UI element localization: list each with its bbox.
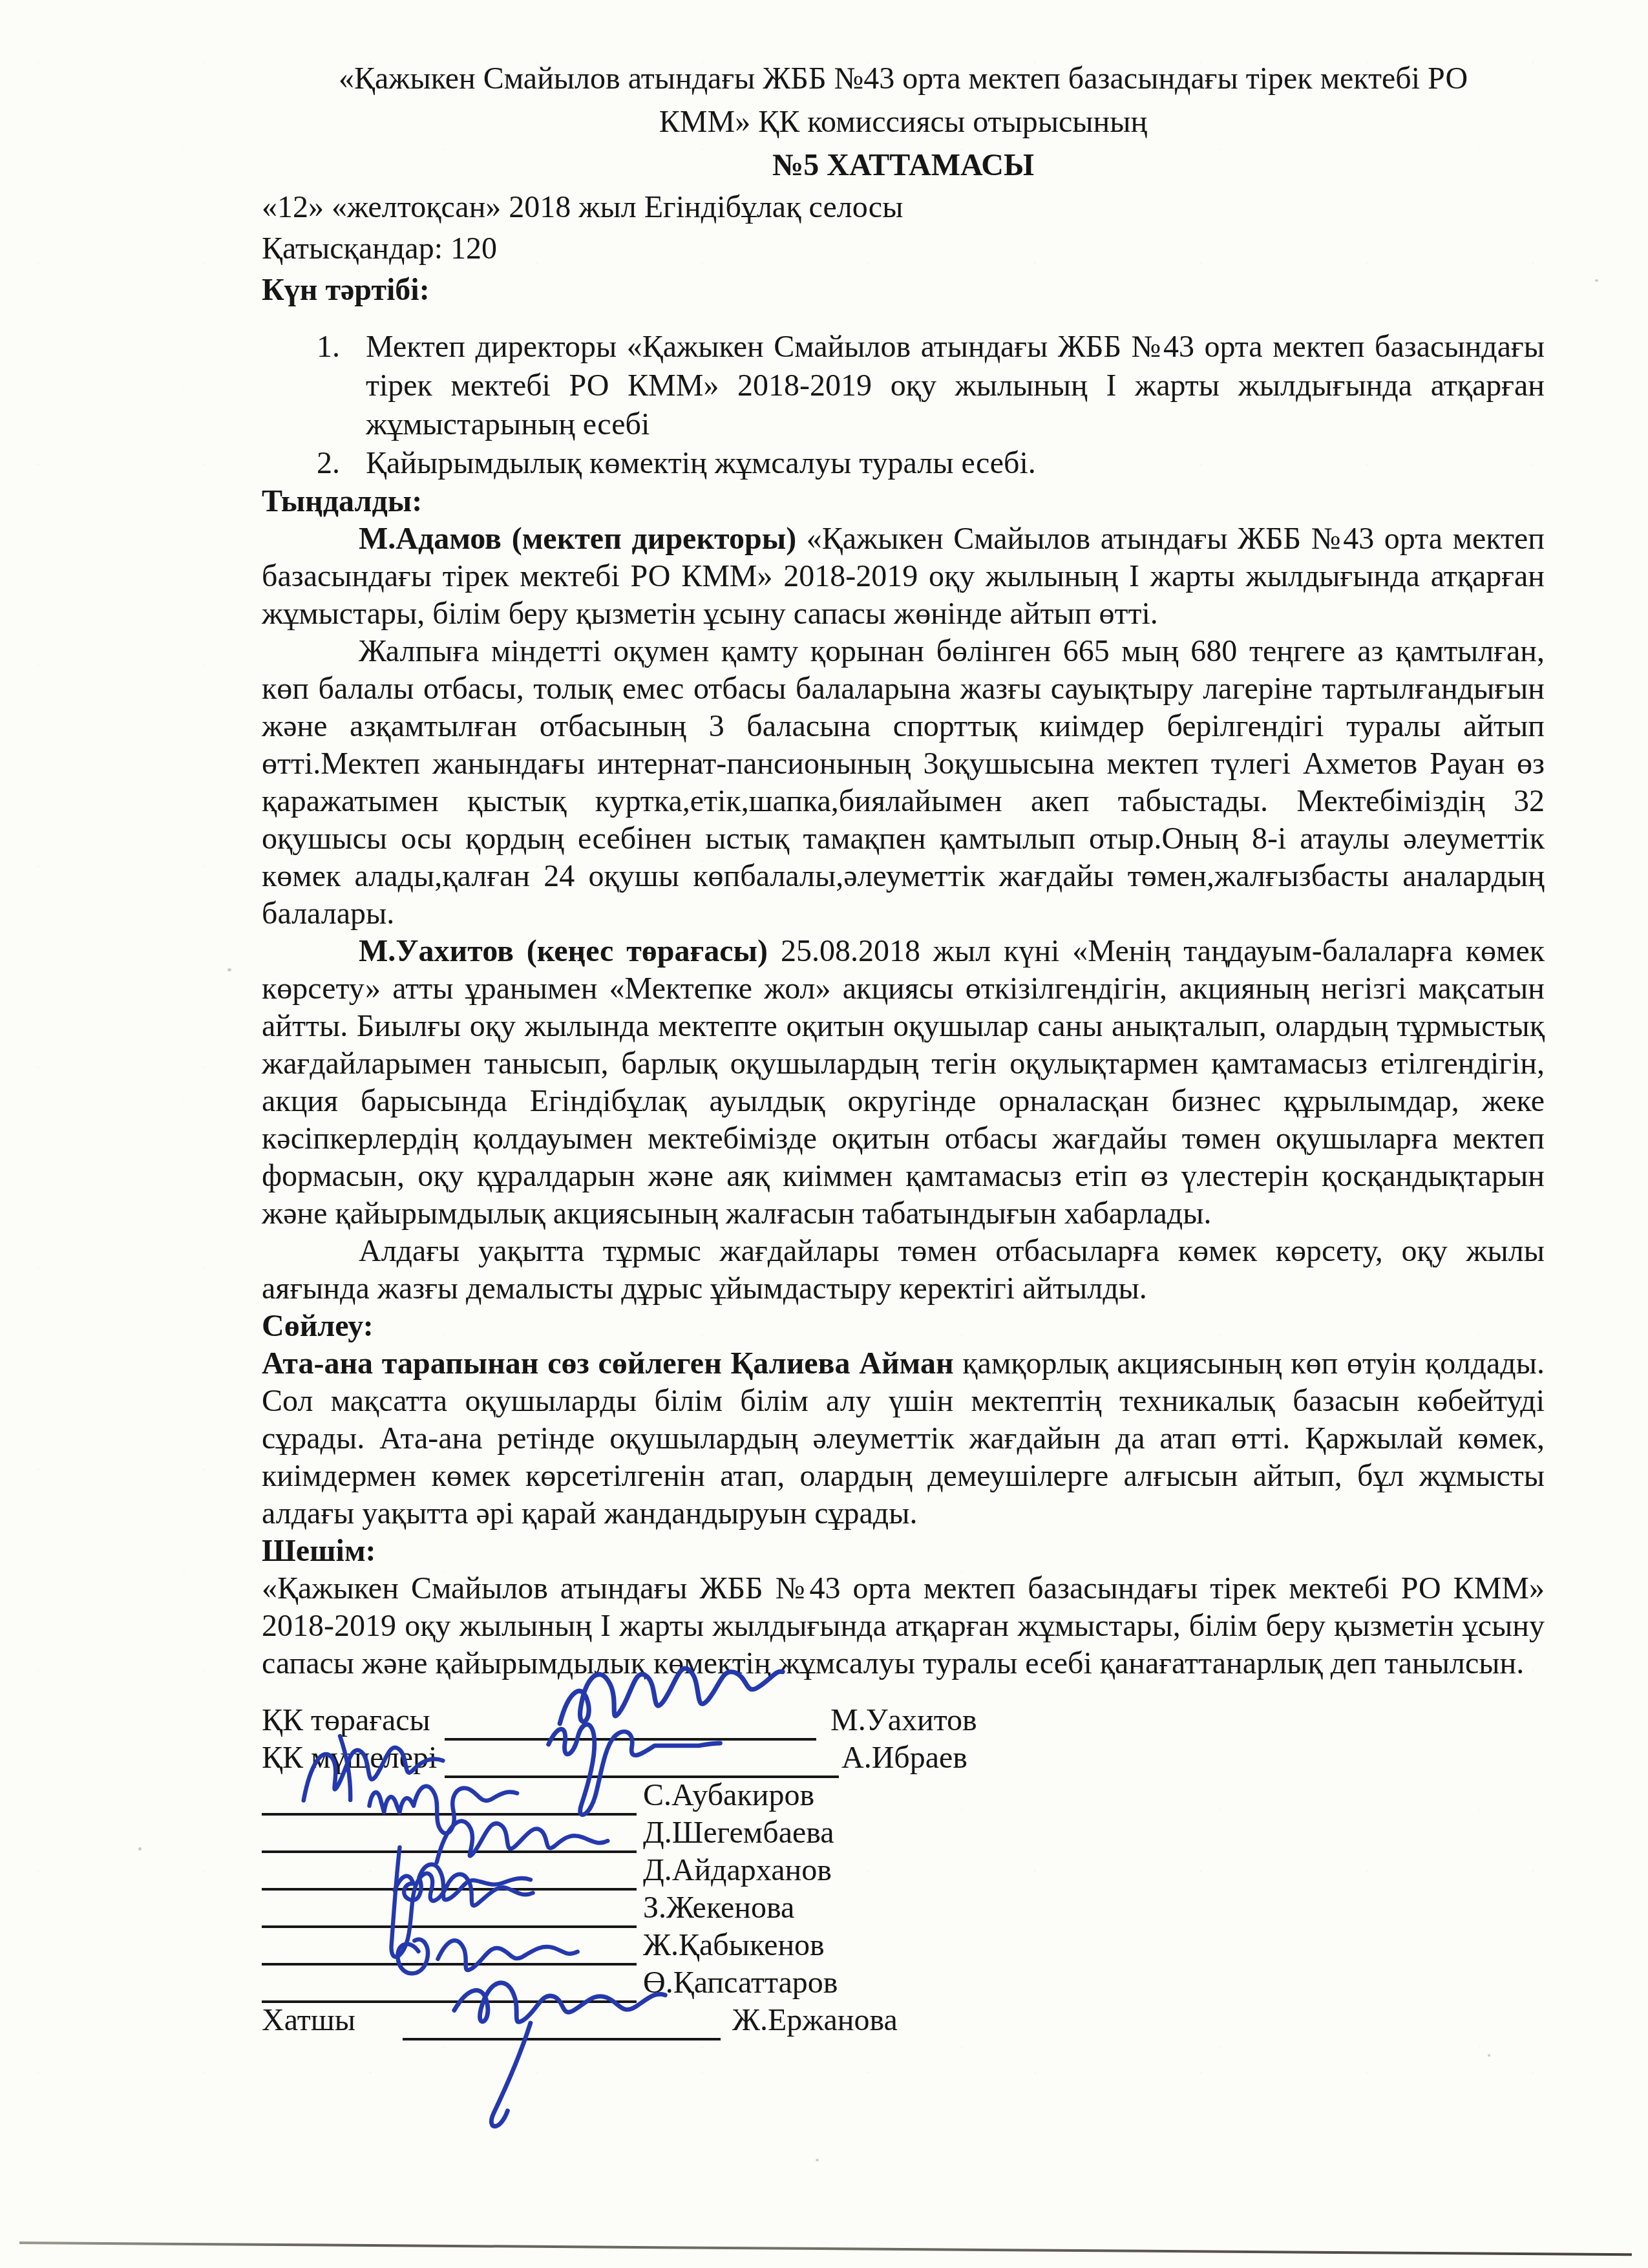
paper-speck	[227, 968, 231, 971]
signature-name: М.Уахитов	[830, 1702, 977, 1739]
paper-speck	[1488, 2054, 1490, 2057]
attendees-line: Қатысқандар: 120	[262, 228, 1545, 270]
signature-role-label: Хатшы	[262, 2002, 355, 2039]
signature-block: ҚК төрағасы М.Уахитов ҚК мүшелері А.Ибра…	[262, 1703, 1545, 2040]
protocol-title-block: «Қажыкен Смайылов атындағы ЖББ №43 орта …	[262, 57, 1545, 187]
signature-name: Ж.Қабыкенов	[643, 1927, 825, 1964]
paragraph-council-chair: М.Уахитов (кеңес төрағасы) 25.08.2018 жы…	[262, 933, 1545, 1233]
date-place-line: «12» «желтоқсан» 2018 жыл Егіндібұлақ се…	[262, 187, 1545, 228]
paragraph-parent-speech: Ата-ана тарапынан сөз сөйлеген Қалиева А…	[262, 1345, 1545, 1532]
paper-speck	[1595, 279, 1598, 282]
agenda-item-number: 1.	[317, 328, 366, 444]
signature-row: Д.Айдарханов	[262, 1853, 1545, 1891]
signature-name: Ө.Қапсаттаров	[643, 1964, 838, 2002]
paragraph-fund-details: Жалпыға міндетті оқумен қамту қорынан бө…	[262, 633, 1545, 933]
signature-row: Хатшы Ж.Ержанова	[262, 2003, 1545, 2040]
signature-row: З.Жекенова	[262, 1891, 1545, 1928]
signature-row: ҚК мүшелері А.Ибраев	[262, 1741, 1545, 1778]
agenda-item-number: 2.	[317, 444, 366, 483]
section-heading-decision: Шешім:	[262, 1532, 1545, 1570]
signature-row: С.Аубакиров	[262, 1778, 1545, 1816]
agenda-item-text: Қайырымдылық көмектің жұмсалуы туралы ес…	[366, 444, 1545, 483]
signature-name: Д.Шегембаева	[643, 1814, 834, 1852]
signature-role-label: ҚК мүшелері	[262, 1739, 437, 1777]
signature-row: Ж.Қабыкенов	[262, 1928, 1545, 1966]
section-heading-speech: Сөйлеу:	[262, 1308, 1545, 1345]
signature-line	[403, 2038, 721, 2040]
paper-speck	[816, 2159, 819, 2161]
agenda-item: 1. Мектеп директоры «Қажыкен Смайылов ат…	[262, 328, 1545, 444]
section-heading-heard: Тыңдалды:	[262, 483, 1545, 520]
signature-row: Ө.Қапсаттаров	[262, 1966, 1545, 2003]
agenda-heading: Күн тәртібі:	[262, 270, 1545, 311]
agenda-list: 1. Мектеп директоры «Қажыкен Смайылов ат…	[262, 328, 1545, 483]
paper-speck	[138, 1847, 142, 1850]
signature-name: З.Жекенова	[643, 1889, 794, 1927]
protocol-number: №5 ХАТТАМАСЫ	[262, 143, 1545, 187]
signature-name: С.Аубакиров	[643, 1777, 814, 1814]
signature-name: А.Ибраев	[841, 1739, 967, 1777]
speaker-lead: М.Адамов (мектеп директоры)	[359, 522, 796, 556]
signature-role-label: ҚК төрағасы	[262, 1702, 430, 1739]
paragraph-text: Жалпыға міндетті оқумен қамту қорынан бө…	[262, 634, 1545, 931]
protocol-title-line-2: КММ» ҚК комиссиясы отырысының	[262, 100, 1545, 143]
speaker-lead: Ата-ана тарапынан сөз сөйлеген Қалиева А…	[262, 1346, 954, 1381]
paragraph-text: 25.08.2018 жыл күні «Менің таңдауым-бала…	[262, 934, 1545, 1231]
signature-row: Д.Шегембаева	[262, 1816, 1545, 1853]
signature-row: ҚК төрағасы М.Уахитов	[262, 1703, 1545, 1741]
scanned-document-page: «Қажыкен Смайылов атындағы ЖББ №43 орта …	[0, 0, 1648, 2268]
document-content: «Қажыкен Смайылов атындағы ЖББ №43 орта …	[262, 57, 1545, 2040]
signature-name: Ж.Ержанова	[732, 2002, 898, 2039]
agenda-item: 2. Қайырымдылық көмектің жұмсалуы туралы…	[262, 444, 1545, 483]
signature-name: Д.Айдарханов	[643, 1852, 832, 1889]
paragraph-decision: «Қажыкен Смайылов атындағы ЖББ №43 орта …	[262, 1570, 1545, 1682]
paragraph-director-report: М.Адамов (мектеп директоры) «Қажыкен Сма…	[262, 520, 1545, 633]
speaker-lead: М.Уахитов (кеңес төрағасы)	[359, 934, 768, 968]
protocol-title-line-1: «Қажыкен Смайылов атындағы ЖББ №43 орта …	[262, 57, 1545, 100]
agenda-item-text: Мектеп директоры «Қажыкен Смайылов атынд…	[366, 328, 1545, 444]
scan-edge-line	[19, 2242, 1632, 2256]
paragraph-text: Алдағы уақытта тұрмыс жағдайлары төмен о…	[262, 1234, 1545, 1306]
paragraph-future-plans: Алдағы уақытта тұрмыс жағдайлары төмен о…	[262, 1233, 1545, 1308]
